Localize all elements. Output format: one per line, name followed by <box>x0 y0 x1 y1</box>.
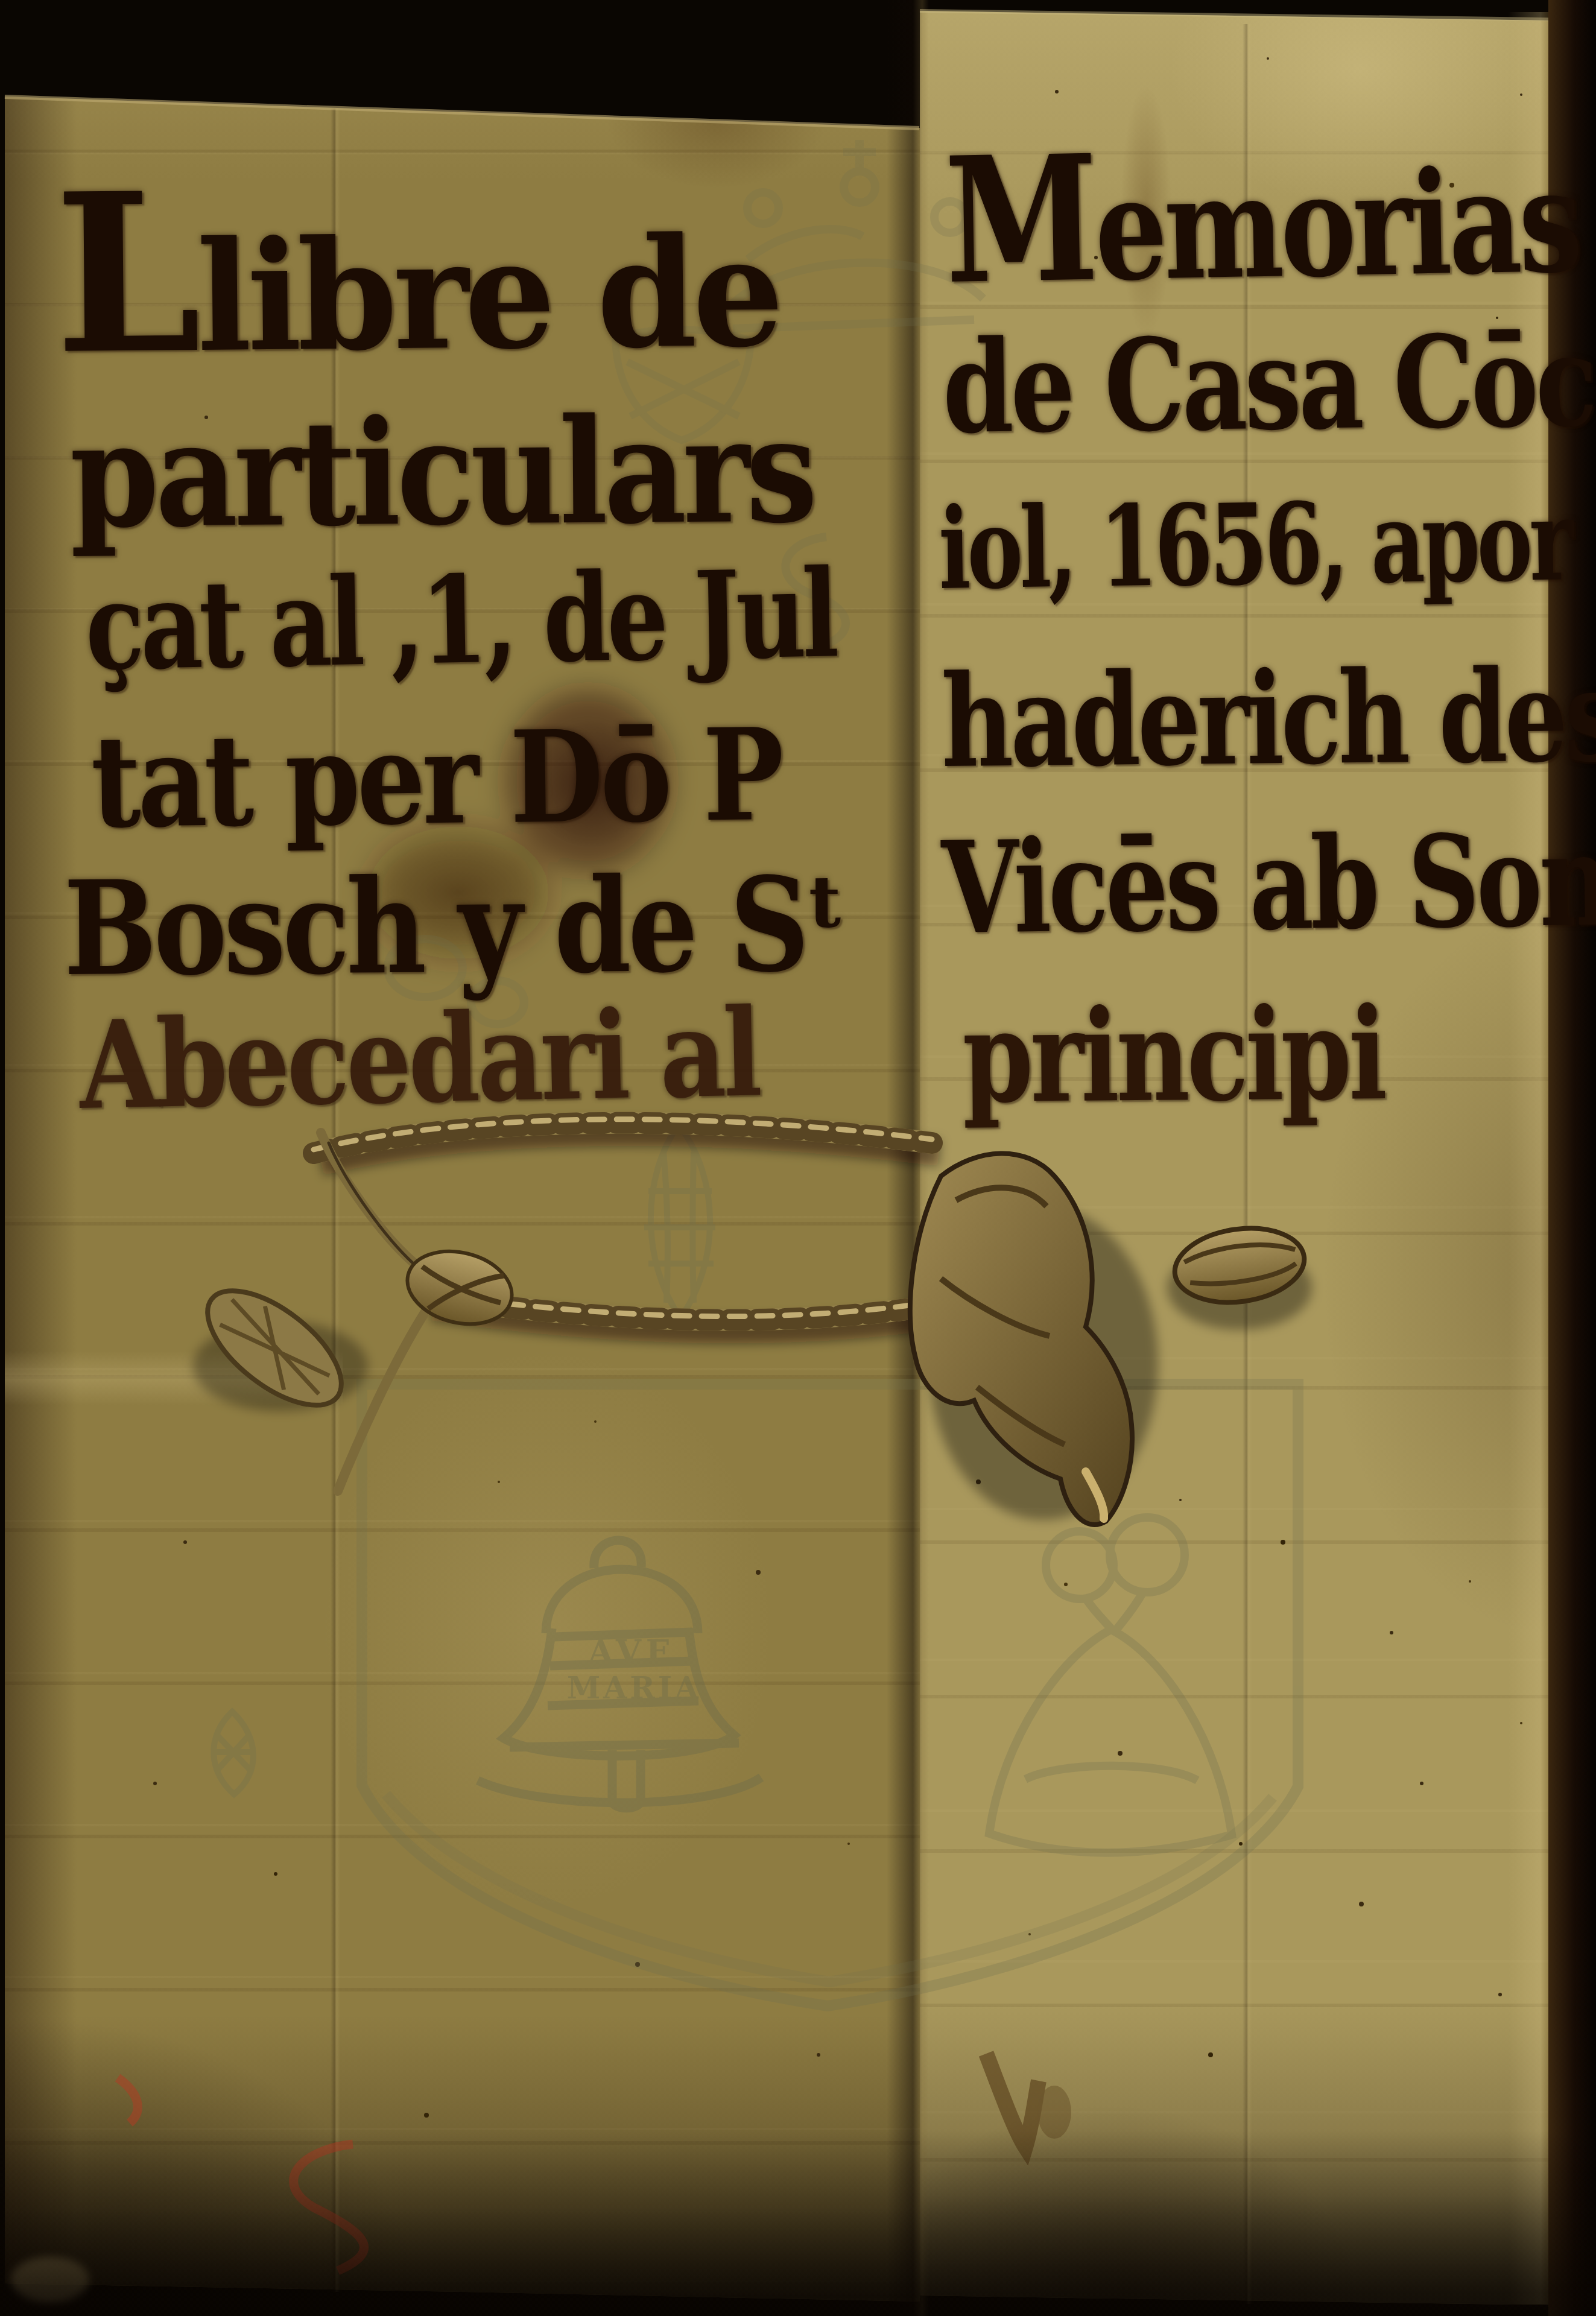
cord-thin-ends <box>321 1133 425 1491</box>
leather-tie-cord-layer <box>0 0 1596 2316</box>
manuscript-cover-photo: AVE MARIA Llibre de particulars çat al ,… <box>0 0 1596 2316</box>
